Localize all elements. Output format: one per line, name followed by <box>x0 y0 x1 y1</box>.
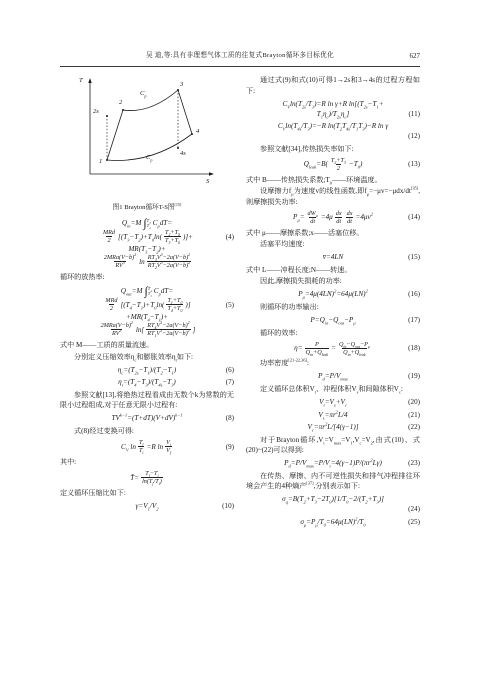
math-text: Qleak=B( <box>304 159 328 169</box>
paragraph: 定义循环压缩比如下: <box>60 488 234 499</box>
math-text: Pμ=4μ(4LN)2=64μ(LN)2 <box>298 289 368 299</box>
equation: Vs=πr2L/4(21) <box>246 410 420 420</box>
equation-line: CVln(T4s/T3)=−R ln(T2T4s/T1T3)−R ln γ <box>246 121 420 131</box>
equation-line: v̄=4LN(15) <box>246 252 420 262</box>
equation-line: CVln(T2s/T1)=R ln γ+R ln[(T2s−T1+ <box>246 99 420 109</box>
equation: T̄=Tf−Tiln(Tf/Ti) <box>60 470 234 485</box>
right-column: 通过式(9)和式(10)可得1→2s和3→4s的过程方程如下:CVln(T2s/… <box>246 74 420 529</box>
figure-1: T S 1 2 2s 3 4 4s Cp Cp <box>60 74 234 198</box>
equation-number: (14) <box>408 212 420 222</box>
math-text: Vs=πr2L/4 <box>318 410 347 420</box>
equation-line: 2MRa(V−b)2RV3lnRT3V3−2a(V−b)2RT2V3−2a(V−… <box>60 254 234 269</box>
math-text: σμ=Pμ/T0=64μ(LN)2/T0 <box>300 517 365 527</box>
math-text: [(T3−T2)+T0ln( <box>118 232 162 242</box>
equation-line: σμ=Pμ/T0=64μ(LN)2/T0(25) <box>246 517 420 527</box>
equation: η=PQin+Qleak=Qin−Qout−PμQin+Qleak(18) <box>246 341 420 356</box>
math-text: )] <box>185 300 190 310</box>
equation: v̄=4LN(15) <box>246 252 420 262</box>
equation-line: Pd=P/Vmax(19) <box>246 371 420 381</box>
equation: γ=V1/V2(10) <box>60 501 234 511</box>
equation-line: ηt=(T4−T3)/(T4s−T3)(7) <box>60 377 234 387</box>
equation-number: (23) <box>408 458 420 468</box>
equation-line: (12) <box>246 131 420 141</box>
equation-line: T̄=Tf−Tiln(Tf/Ti) <box>60 470 234 485</box>
fraction: 2MRa(V−b)2RV3 <box>103 254 137 269</box>
math-text: γ=V1/V2 <box>136 501 159 511</box>
math-text: Vc=πr2L/[4(γ−1)] <box>307 422 358 432</box>
math-text: CV ln <box>121 442 136 452</box>
paragraph: 式中 μ——摩擦系数;x——活塞位移。 <box>246 228 420 239</box>
equation-number: (18) <box>408 343 420 353</box>
equation: Pd=P/Vmax(19) <box>246 371 420 381</box>
equation-line: Qleak=B(T2+T32−T0)(13) <box>246 157 420 172</box>
math-text: = <box>331 343 336 353</box>
math-text: Qin=M <box>122 218 142 228</box>
equation-number: (5) <box>226 300 234 310</box>
header-rule <box>60 66 420 67</box>
equation-number: (17) <box>408 315 420 325</box>
math-text: CVln(T2s/T1)=R ln γ+R ln[(T2s−T1+ <box>282 99 383 109</box>
equation-line: CV lnTfTi=R lnViVf(9) <box>60 439 234 454</box>
equation-number: (6) <box>226 365 234 375</box>
paragraph: 式中 L——冲程长度;N——转速。 <box>246 265 420 276</box>
two-column-content: T S 1 2 2s 3 4 4s Cp Cp 图1 Brayton循环T-S图… <box>60 74 420 529</box>
math-text: T1ηc)/T2sηc] <box>317 109 350 119</box>
integral: ∫T4T1 <box>144 285 151 297</box>
fraction: MRd2 <box>102 229 116 244</box>
equation-line: Pμ=4μ(4LN)2=64μ(LN)2(16) <box>246 289 420 299</box>
fraction: T2+T0T3+T0 <box>164 229 181 244</box>
equation-line: P=Qin−Qout−Pμ(17) <box>246 315 420 325</box>
integral: ∫T3T2 <box>143 217 150 229</box>
paragraph: 则循环的功率输出: <box>246 302 420 313</box>
math-text: ln <box>139 257 145 267</box>
equation-number: (12) <box>408 131 420 141</box>
equation: Vc=πr2L/[4(γ−1)](22) <box>246 422 420 432</box>
fraction: ViVf <box>165 439 172 454</box>
point-label-2: 2 <box>119 99 122 106</box>
equation: Qin=M∫T3T2CpdT=MRd2[(T3−T2)+T0ln(T2+T0T3… <box>60 217 234 270</box>
equation-number: (21) <box>408 410 420 420</box>
math-text: =4μv2 <box>355 212 372 222</box>
math-text: η= <box>294 343 302 353</box>
fraction: RT4V3−2a(V−b)2RT1V3−2a(V−b)2 <box>146 322 190 337</box>
math-text: Vt=Vs+Vc <box>319 397 347 407</box>
equation-line: Vc=πr2L/[4(γ−1)](22) <box>246 422 420 432</box>
math-text: T̄= <box>130 473 139 483</box>
point-label-1: 1 <box>99 158 102 165</box>
running-header: 吴 迪,等:具有非理想气体工质的往复式Brayton循环多目标优化 627 <box>60 50 420 62</box>
math-text: ηt=(T4−T3)/(T4s−T3) <box>118 377 176 387</box>
math-text: P=Qin−Qout−Pμ <box>310 315 355 325</box>
fraction: T2+T32 <box>330 157 347 172</box>
math-text: [(T4−T1)+T0ln( <box>120 300 164 310</box>
equation-line: Qin=M∫T3T2CpdT= <box>60 217 234 229</box>
equation-line: Pd=P/Vmax=P/Vt=4(γ−1)P/(πr2Lγ)(23) <box>246 458 420 468</box>
math-text: )]+ <box>183 232 193 242</box>
equation-line: Vs=πr2L/4(21) <box>246 410 420 420</box>
equation-number: (25) <box>408 517 420 527</box>
math-text: =4μ <box>321 212 333 222</box>
point-label-4s: 4s <box>180 150 186 157</box>
paragraph: 分别定义压缩效率ηc和膨胀效率ηt如下: <box>60 352 234 363</box>
equation-number: (13) <box>408 159 420 169</box>
equation-number: (7) <box>226 377 234 387</box>
equation-number: (15) <box>408 252 420 262</box>
paragraph: 其中: <box>60 457 234 468</box>
math-text: Pμ= <box>293 212 305 222</box>
ts-diagram <box>60 74 234 192</box>
paragraph: 循环的放热率: <box>60 272 234 283</box>
paragraph: 对于Brayton循环,Vt=Vmax=V1,Vc=V2,由式(10)、式(20… <box>246 435 420 456</box>
fraction: PQin+Qleak <box>305 341 330 356</box>
equation-number: (19) <box>408 371 420 381</box>
equation: ηc=(T2s−T1)/(T2−T1)(6) <box>60 365 234 375</box>
paragraph: 活塞平均速度: <box>246 239 420 250</box>
equation-line: T1ηc)/T2sηc](11) <box>246 109 420 119</box>
equation: σμ=Pμ/T0=64μ(LN)2/T0(25) <box>246 517 420 527</box>
paragraph: 式中 B——传热损失系数;T0——环境温度。 <box>246 175 420 186</box>
math-text: −T0) <box>349 159 363 169</box>
equation-line: MR(T3−T2)+ <box>60 244 234 254</box>
equation-number: (8) <box>226 413 234 423</box>
equation-line: +MR(T4−T1)+ <box>60 312 234 322</box>
curve-label-cp-upper: Cp <box>140 90 146 97</box>
fraction: MRd2 <box>104 297 118 312</box>
fraction: dxdt <box>335 210 343 225</box>
equation-number: (16) <box>408 289 420 299</box>
math-text: CpdT= <box>154 286 173 296</box>
equation-number: (9) <box>226 442 234 452</box>
equation: CV lnTfTi=R lnViVf(9) <box>60 439 234 454</box>
fraction: dWμdt <box>307 210 319 225</box>
point-label-2s: 2s <box>93 108 99 115</box>
equation: P=Qin−Qout−Pμ(17) <box>246 315 420 325</box>
figure-1-caption: 图1 Brayton循环T-S图[15] <box>60 201 234 211</box>
axis-label-T: T <box>79 77 83 84</box>
paper-page: 吴 迪,等:具有非理想气体工质的往复式Brayton循环多目标优化 627 <box>0 0 480 673</box>
math-text: v̄=4LN <box>323 252 343 262</box>
point-label-3: 3 <box>180 81 183 88</box>
right-column-blocks: 通过式(9)和式(10)可得1→2s和3→4s的过程方程如下:CVln(T2s/… <box>246 75 420 527</box>
equation: Qout=M∫T4T1CpdT=MRd2[(T4−T1)+T0ln(T1+T0T… <box>60 285 234 338</box>
equation-line: ηc=(T2s−T1)/(T2−T1)(6) <box>60 365 234 375</box>
paragraph: 因此,摩擦损失损耗的功率: <box>246 276 420 287</box>
equation: Pd=P/Vmax=P/Vt=4(γ−1)P/(πr2Lγ)(23) <box>246 458 420 468</box>
paragraph: 功率密度[21-22,36]: <box>246 358 420 369</box>
paragraph: 式中 M——工质的质量流速。 <box>60 340 234 351</box>
fraction: dxdt <box>346 210 354 225</box>
equation-line: TVk−1=(T+dT)(V+dV)k−1(8) <box>60 413 234 423</box>
equation-number: (22) <box>408 422 420 432</box>
paragraph: 设摩擦力fμ为速度v的线性函数,即fμ=−μv=−μdx/dt[35],则摩擦损… <box>246 186 420 207</box>
equation: Qleak=B(T2+T32−T0)(13) <box>246 157 420 172</box>
math-text: Pd=P/Vmax=P/Vt=4(γ−1)P/(πr2Lγ) <box>284 458 382 468</box>
math-text: ηc=(T2s−T1)/(T2−T1) <box>118 365 176 375</box>
equation: Pμ=4μ(4LN)2=64μ(LN)2(16) <box>246 289 420 299</box>
page-number: 627 <box>410 50 421 62</box>
running-header-title: 吴 迪,等:具有非理想气体工质的往复式Brayton循环多目标优化 <box>60 50 420 62</box>
equation-line: Qout=M∫T4T1CpdT= <box>60 285 234 297</box>
equation: TVk−1=(T+dT)(V+dV)k−1(8) <box>60 413 234 423</box>
paragraph: 通过式(9)和式(10)可得1→2s和3→4s的过程方程如下: <box>246 75 420 96</box>
equation: ηt=(T4−T3)/(T4s−T3)(7) <box>60 377 234 387</box>
fraction: TfTi <box>138 439 145 454</box>
left-column-blocks: Qin=M∫T3T2CpdT=MRd2[(T3−T2)+T0ln(T2+T0T3… <box>60 217 234 511</box>
equation-line: Vt=Vs+Vc(20) <box>246 397 420 407</box>
equation: CVln(T2s/T1)=R ln γ+R ln[(T2s−T1+T1ηc)/T… <box>246 99 420 119</box>
curve-label-cp-lower: Cp <box>146 154 152 161</box>
equation-number: (24) <box>408 504 420 514</box>
equation-number: (20) <box>408 397 420 407</box>
paragraph: 定义循环总体积Vt、冲程体积Vs和间隙体积Vc: <box>246 384 420 395</box>
fraction: Qin−Qout−PμQin+Qleak <box>338 341 371 356</box>
equation-number: (11) <box>408 109 420 119</box>
paragraph: 式(8)经过变换可得: <box>60 426 234 437</box>
equation-number: (4) <box>226 232 234 242</box>
left-column: T S 1 2 2s 3 4 4s Cp Cp 图1 Brayton循环T-S图… <box>60 74 234 529</box>
paragraph: 参照文献[13],将绝热过程看成由无数个k为常数的无限小过程组成,对于任意无限小… <box>60 390 234 411</box>
equation-line: 2MRa(V−b)2RV3ln[RT4V3−2a(V−b)2RT1V3−2a(V… <box>60 322 234 337</box>
equation-line: MRd2[(T3−T2)+T0ln(T2+T0T3+T0)]+(4) <box>60 229 234 244</box>
fraction: Tf−Tiln(Tf/Ti) <box>141 470 163 485</box>
paragraph: 在传热、摩擦、内不可逆性损失和排气冲程排往环境会产生的4种熵产[37],分别表示… <box>246 471 420 492</box>
fraction: RT3V3−2a(V−b)2RT2V3−2a(V−b)2 <box>147 254 191 269</box>
math-text: Qout=M <box>121 286 143 296</box>
math-text: TVk−1=(T+dT)(V+dV)k−1 <box>112 413 183 423</box>
math-text: CpdT= <box>153 218 172 228</box>
equation-line: Pμ=dWμdt=4μdxdtdxdt=4μv2(14) <box>246 210 420 225</box>
fraction: 2MRa(V−b)2RV3 <box>100 322 134 337</box>
equation-line: (24) <box>246 504 420 514</box>
equation-number: (10) <box>222 501 234 511</box>
point-label-4: 4 <box>196 128 199 135</box>
equation: Vt=Vs+Vc(20) <box>246 397 420 407</box>
paragraph: 参照文献[34],传热损失率如下: <box>246 144 420 155</box>
math-text: Pd=P/Vmax <box>318 371 348 381</box>
fraction: T1+T0T4+T0 <box>166 297 183 312</box>
equation-line: η=PQin+Qleak=Qin−Qout−PμQin+Qleak(18) <box>246 341 420 356</box>
equation-line: MRd2[(T4−T1)+T0ln(T1+T0T4+T0)](5) <box>60 297 234 312</box>
equation: σq=B(T2+T3−2T0)[1/T0−2/(T2+T3)] (24) <box>246 494 420 514</box>
equation: CVln(T4s/T3)=−R ln(T2T4s/T1T3)−R ln γ (1… <box>246 121 420 141</box>
math-text: ] <box>193 325 196 335</box>
axis-label-S: S <box>206 178 209 185</box>
math-text: CVln(T4s/T3)=−R ln(T2T4s/T1T3)−R ln γ <box>278 121 388 131</box>
math-text: =R ln <box>146 442 163 452</box>
math-text: σq=B(T2+T3−2T0)[1/T0−2/(T2+T3)] <box>282 494 384 504</box>
math-text: ln[ <box>136 325 144 335</box>
equation-line: σq=B(T2+T3−2T0)[1/T0−2/(T2+T3)] <box>246 494 420 504</box>
equation: Pμ=dWμdt=4μdxdtdxdt=4μv2(14) <box>246 210 420 225</box>
equation-line: γ=V1/V2(10) <box>60 501 234 511</box>
paragraph: 循环的效率: <box>246 328 420 339</box>
